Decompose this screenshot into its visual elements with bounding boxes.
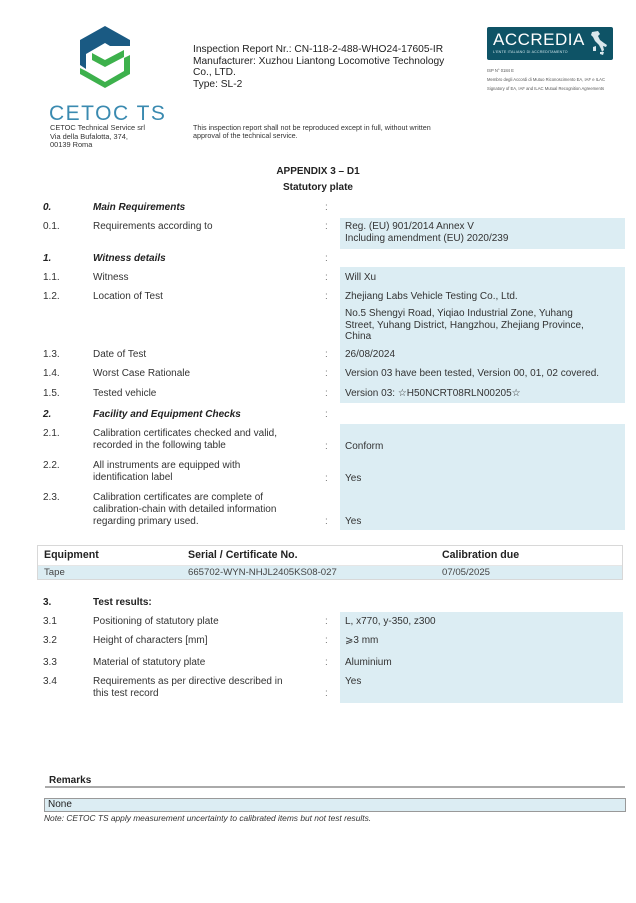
row-value: Zhejiang Labs Vehicle Testing Co., Ltd. … bbox=[345, 291, 625, 343]
row-label: Witness bbox=[93, 272, 303, 284]
row-label: Tested vehicle bbox=[93, 388, 303, 400]
report-info: Inspection Report Nr.: CN-118-2-488-WHO2… bbox=[193, 44, 473, 90]
disclaimer-line: approval of the technical service. bbox=[193, 132, 483, 140]
type: Type: SL-2 bbox=[193, 79, 473, 91]
row-number: 3.1 bbox=[43, 616, 57, 628]
row-label: Requirements as per directive described … bbox=[93, 676, 303, 700]
row-number: 1.5. bbox=[43, 388, 60, 400]
separator: : bbox=[325, 388, 328, 400]
label-line: this test record bbox=[93, 688, 303, 700]
header-serial: Serial / Certificate No. bbox=[188, 549, 298, 561]
header-equipment: Equipment bbox=[44, 549, 99, 561]
label-line: identification label bbox=[93, 472, 303, 484]
row-number: 1.4. bbox=[43, 368, 60, 380]
equipment-table: Equipment Serial / Certificate No. Calib… bbox=[37, 545, 623, 580]
value-line: Including amendment (EU) 2020/239 bbox=[345, 233, 625, 245]
company-address: CETOC Technical Service srl Via della Bu… bbox=[50, 124, 145, 150]
section-label: Main Requirements bbox=[93, 202, 303, 214]
cetoc-hexagon-logo-icon bbox=[72, 24, 138, 90]
accredia-meta-line: Signatory of EA, IAF and ILAC Mutual Rec… bbox=[487, 86, 617, 91]
separator: : bbox=[325, 349, 328, 361]
section-number: 3. bbox=[43, 597, 51, 609]
header-calibration-due: Calibration due bbox=[442, 549, 519, 561]
row-value: Version 03 have been tested, Version 00,… bbox=[345, 368, 635, 380]
section-number: 0. bbox=[43, 202, 51, 214]
label-line: Calibration certificates checked and val… bbox=[93, 428, 303, 440]
address-line: China bbox=[345, 331, 625, 343]
row-value: ⩾3 mm bbox=[345, 635, 625, 647]
italy-map-icon bbox=[589, 30, 609, 56]
accredia-logo: ACCREDIA L'ENTE ITALIANO DI ACCREDITAMEN… bbox=[487, 27, 613, 60]
row-number: 1.3. bbox=[43, 349, 60, 361]
row-number: 1.2. bbox=[43, 291, 60, 303]
disclaimer: This inspection report shall not be repr… bbox=[193, 124, 483, 141]
accredia-name: ACCREDIA bbox=[493, 30, 585, 50]
uncertainty-note: Note: CETOC TS apply measurement uncerta… bbox=[44, 813, 371, 823]
separator: : bbox=[325, 291, 328, 303]
row-number: 0.1. bbox=[43, 221, 60, 233]
row-number: 3.3 bbox=[43, 657, 57, 669]
row-label: Date of Test bbox=[93, 349, 303, 361]
location-address: No.5 Shengyi Road, Yiqiao Industrial Zon… bbox=[345, 308, 625, 343]
row-number: 3.4 bbox=[43, 676, 57, 688]
appendix-title: APPENDIX 3 – D1 bbox=[0, 166, 636, 177]
row-value: Yes bbox=[345, 473, 625, 485]
address-line: Street, Yuhang District, Hangzhou, Zheji… bbox=[345, 320, 625, 332]
manufacturer: Manufacturer: Xuzhou Liantong Locomotive… bbox=[193, 56, 473, 68]
label-line: calibration-chain with detailed informat… bbox=[93, 504, 303, 516]
row-label: All instruments are equipped with identi… bbox=[93, 460, 303, 484]
section-number: 2. bbox=[43, 409, 51, 421]
row-label: Location of Test bbox=[93, 291, 303, 303]
separator: : bbox=[325, 221, 328, 233]
location-name: Zhejiang Labs Vehicle Testing Co., Ltd. bbox=[345, 291, 625, 303]
separator: : bbox=[325, 253, 328, 265]
value-line: Reg. (EU) 901/2014 Annex V bbox=[345, 221, 625, 233]
row-number: 2.2. bbox=[43, 460, 60, 472]
accredia-subtitle: L'ENTE ITALIANO DI ACCREDITAMENTO bbox=[493, 50, 568, 54]
row-label: Height of characters [mm] bbox=[93, 635, 303, 647]
separator: : bbox=[325, 368, 328, 380]
label-line: recorded in the following table bbox=[93, 440, 303, 452]
address-line: No.5 Shengyi Road, Yiqiao Industrial Zon… bbox=[345, 308, 625, 320]
row-label: Calibration certificates are complete of… bbox=[93, 492, 303, 527]
separator: : bbox=[325, 202, 328, 214]
label-line: All instruments are equipped with bbox=[93, 460, 303, 472]
label-line: Requirements as per directive described … bbox=[93, 676, 303, 688]
label-line: Calibration certificates are complete of bbox=[93, 492, 303, 504]
row-value: L, x770, y-350, z300 bbox=[345, 616, 625, 628]
manufacturer-cont: Co., LTD. bbox=[193, 67, 473, 79]
separator: : bbox=[325, 409, 328, 421]
table-header: Equipment Serial / Certificate No. Calib… bbox=[38, 546, 622, 565]
separator: : bbox=[325, 441, 328, 453]
row-value: Aluminium bbox=[345, 657, 625, 669]
company-city: 00139 Roma bbox=[50, 141, 145, 150]
row-label: Worst Case Rationale bbox=[93, 368, 303, 380]
remarks-value: None bbox=[44, 798, 626, 812]
separator: : bbox=[325, 635, 328, 647]
separator: : bbox=[325, 616, 328, 628]
row-value: 26/08/2024 bbox=[345, 349, 625, 361]
row-label: Calibration certificates checked and val… bbox=[93, 428, 303, 452]
separator: : bbox=[325, 657, 328, 669]
separator: : bbox=[325, 473, 328, 485]
row-label: Requirements according to bbox=[93, 221, 303, 233]
row-number: 3.2 bbox=[43, 635, 57, 647]
row-value: Reg. (EU) 901/2014 Annex V Including ame… bbox=[345, 221, 625, 245]
row-number: 2.1. bbox=[43, 428, 60, 440]
accredia-meta-line: ISP N° 0184 E bbox=[487, 68, 617, 73]
report-number: Inspection Report Nr.: CN-118-2-488-WHO2… bbox=[193, 44, 473, 56]
cell-equipment: Tape bbox=[44, 567, 65, 578]
section-number: 1. bbox=[43, 253, 51, 265]
row-value: Yes bbox=[345, 676, 625, 688]
row-number: 1.1. bbox=[43, 272, 60, 284]
row-label: Material of statutory plate bbox=[93, 657, 303, 669]
separator: : bbox=[325, 272, 328, 284]
row-value: Version 03: ☆H50NCRT08RLN00205☆ bbox=[345, 388, 625, 400]
row-label: Positioning of statutory plate bbox=[93, 616, 303, 628]
remarks-divider bbox=[45, 786, 625, 788]
row-value: Conform bbox=[345, 441, 625, 453]
accredia-meta-line: Membro degli Accordi di Mutuo Riconoscim… bbox=[487, 77, 617, 82]
section-label: Witness details bbox=[93, 253, 303, 265]
appendix-subtitle: Statutory plate bbox=[0, 182, 636, 193]
separator: : bbox=[325, 516, 328, 528]
cell-calibration-due: 07/05/2025 bbox=[442, 567, 490, 578]
accredia-meta: ISP N° 0184 E Membro degli Accordi di Mu… bbox=[487, 68, 617, 95]
remarks-title: Remarks bbox=[49, 775, 91, 786]
section-label: Facility and Equipment Checks bbox=[93, 409, 303, 421]
separator: : bbox=[325, 688, 328, 700]
row-value: Yes bbox=[345, 516, 625, 528]
row-value: Will Xu bbox=[345, 272, 625, 284]
label-line: regarding primary used. bbox=[93, 516, 303, 528]
table-row: Tape 665702-WYN-NHJL2405KS08-027 07/05/2… bbox=[38, 565, 622, 579]
section-label: Test results: bbox=[93, 597, 303, 609]
row-number: 2.3. bbox=[43, 492, 60, 504]
cell-serial: 665702-WYN-NHJL2405KS08-027 bbox=[188, 567, 337, 578]
